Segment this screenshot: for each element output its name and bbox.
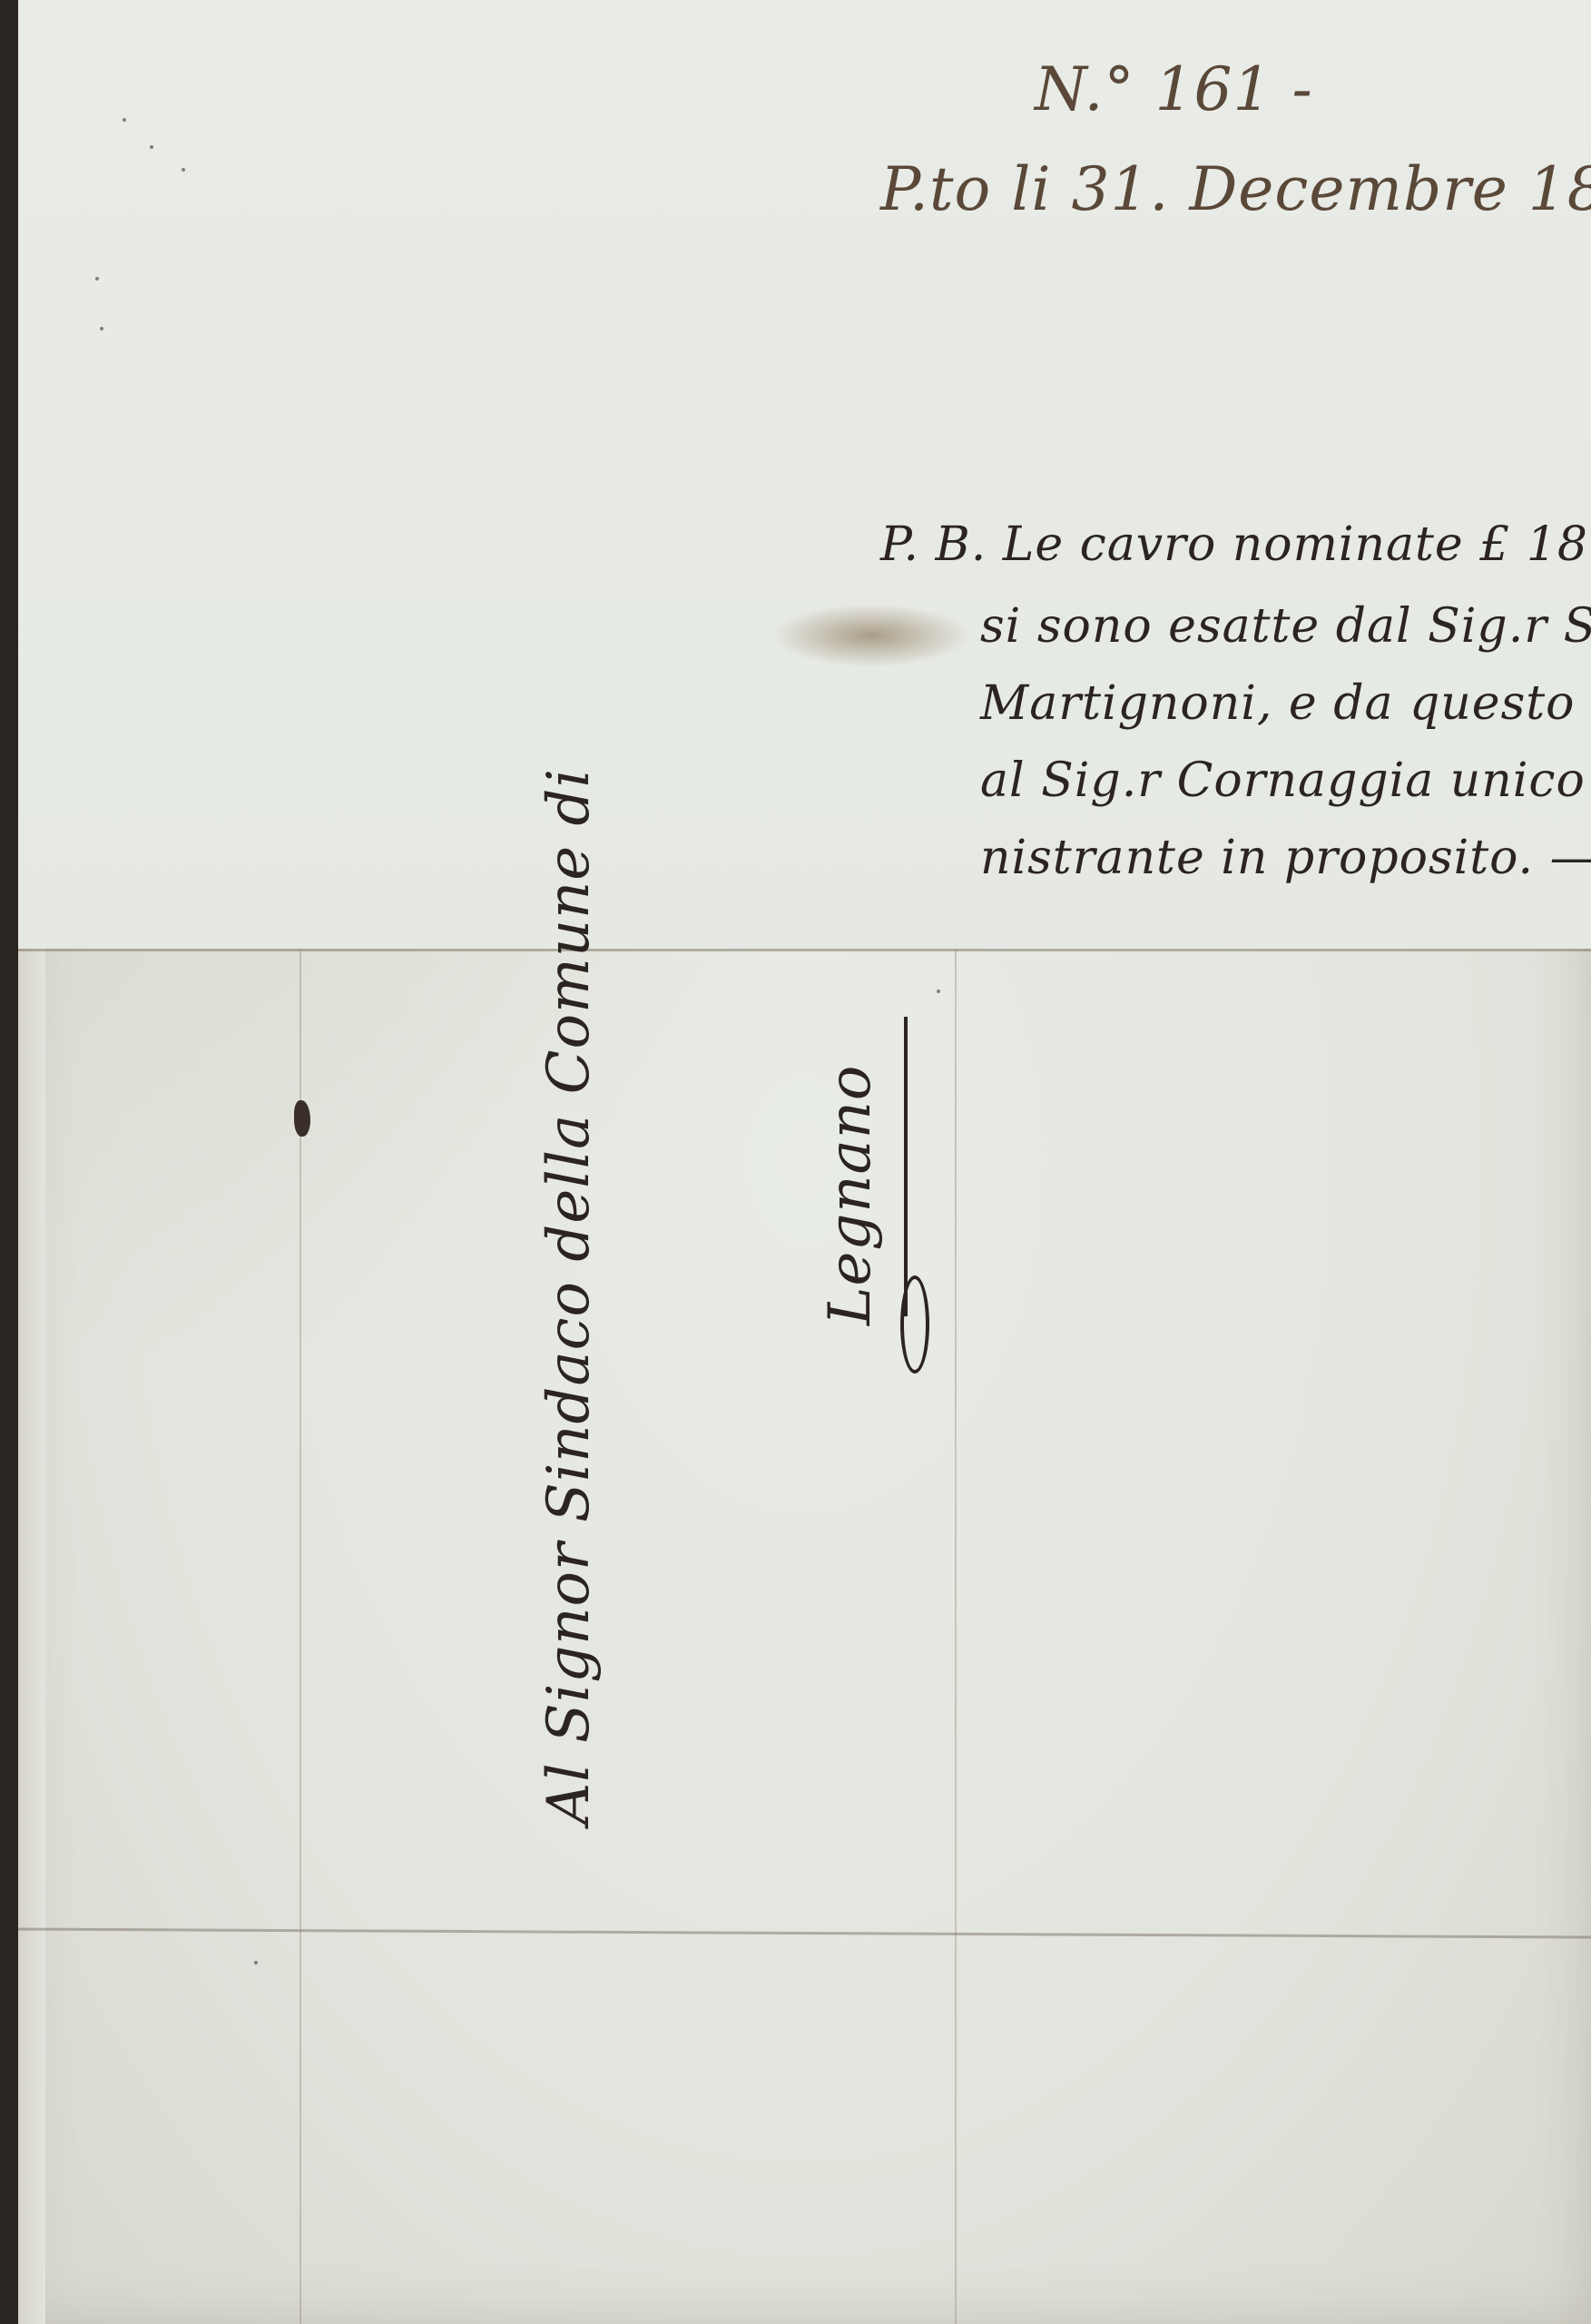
- ink-blot: [294, 1100, 310, 1137]
- vertical-fold-right: [955, 949, 957, 2324]
- note-line-1: P. B. Le cavro nominate £ 181.65. —: [880, 517, 1591, 572]
- note-line-2: si sono esatte dal Sig.r Sindaco: [980, 599, 1591, 654]
- dust-spot: [100, 327, 103, 330]
- dust-spot: [254, 1961, 258, 1965]
- dust-spot: [123, 118, 126, 122]
- note-line-5: nistrante in proposito. — —: [980, 831, 1591, 885]
- date-line: P.to li 31. Decembre 1811.: [880, 154, 1591, 224]
- address-flourish-stroke: [897, 1017, 908, 1316]
- horizontal-fold-bottom: [18, 1927, 1591, 1938]
- address-flourish-loop: [900, 1275, 929, 1374]
- dust-spot: [182, 168, 185, 172]
- dust-spot: [937, 990, 940, 993]
- letter-sheet: N.° 161 - P.to li 31. Decembre 1811. P. …: [18, 0, 1591, 2324]
- ink-smudge: [771, 604, 971, 667]
- horizontal-fold-top: [18, 949, 1591, 951]
- note-line-3: Martignoni, e da questo passate: [980, 676, 1591, 731]
- dust-spot: [150, 145, 153, 149]
- address-line-2: Legnano: [817, 1065, 884, 1325]
- left-edge-strip: [18, 949, 45, 2324]
- address-line-1: Al Signor Sindaco della Comune di: [535, 768, 603, 1825]
- reference-number: N.° 161 -: [1035, 54, 1313, 124]
- note-line-4: al Sig.r Cornaggia unico sommi: [980, 753, 1591, 808]
- vertical-fold-left: [300, 949, 301, 2324]
- dust-spot: [95, 277, 99, 281]
